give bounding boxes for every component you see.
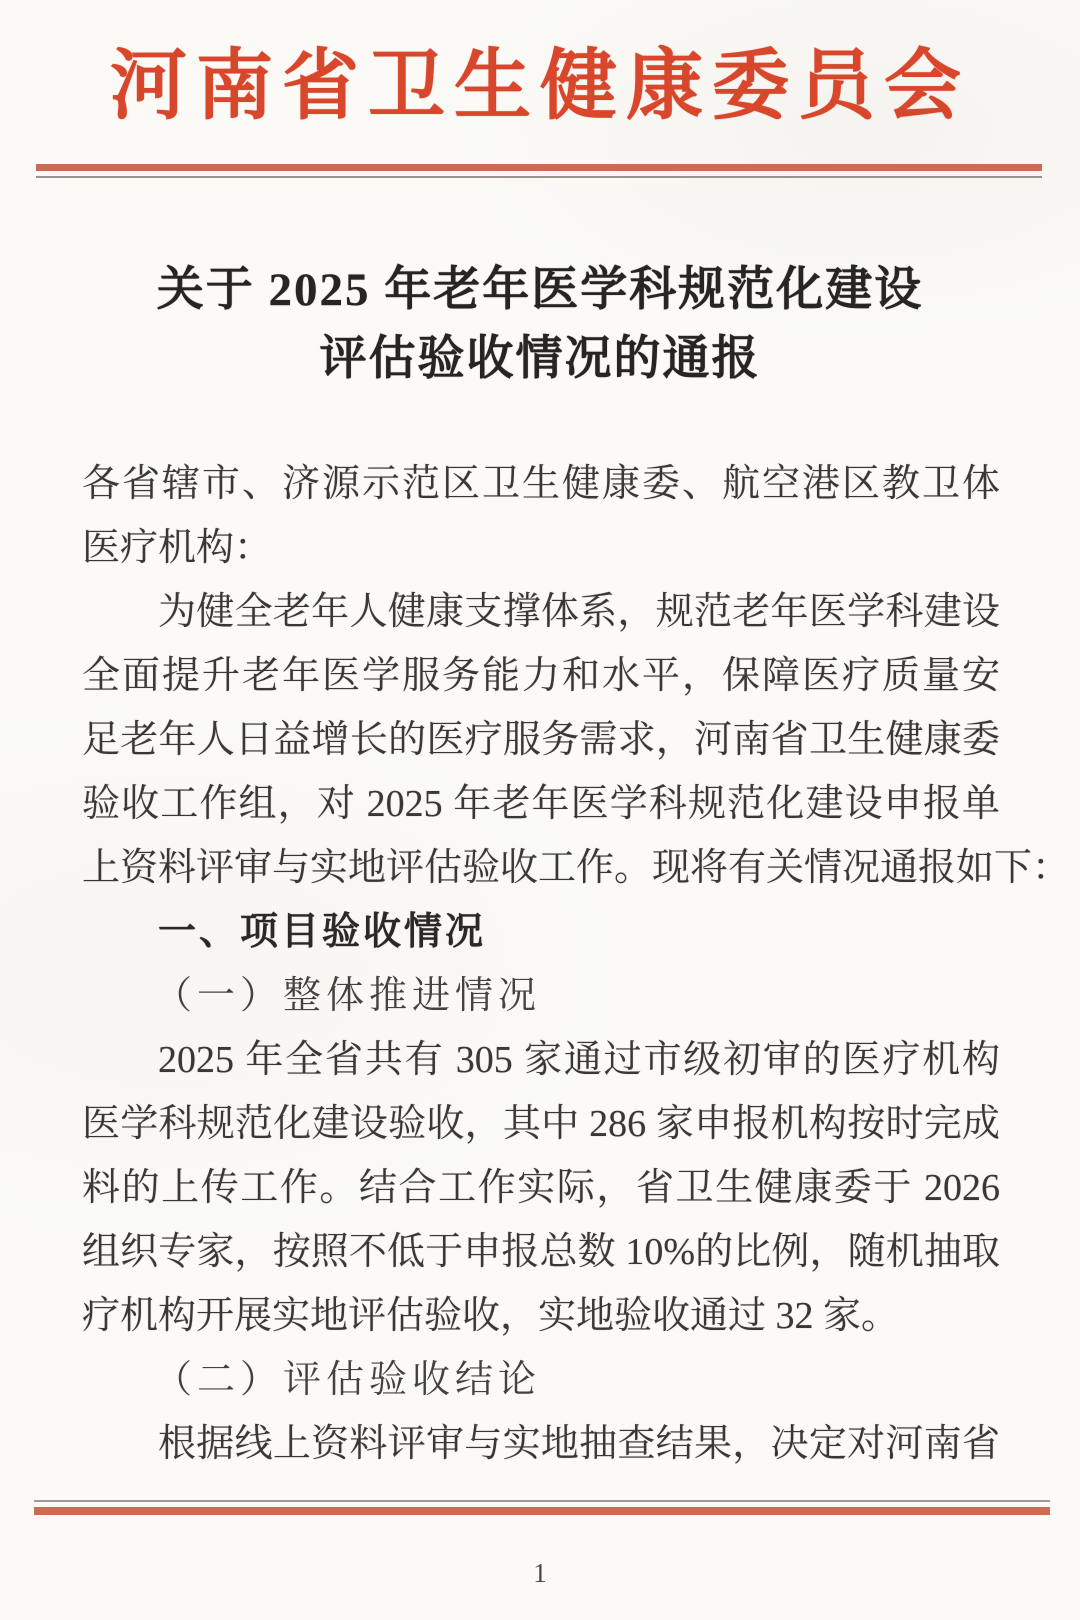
page-number: 1 (0, 1558, 1080, 1589)
letterhead-title: 河南省卫生健康委员会 (0, 36, 1080, 136)
letterhead-divider-gray-bar (36, 176, 1042, 178)
text-line: （二）评估验收结论 (82, 1348, 1000, 1412)
document-title-line1: 关于 2025 年老年医学科规范化建设 (0, 256, 1080, 325)
text-line: 根据线上资料评审与实地抽查结果，决定对河南省人民医院 (82, 1412, 1000, 1476)
document-title-line2: 评估验收情况的通报 (0, 325, 1080, 394)
text-line: 医疗机构： (82, 516, 1000, 580)
footer-divider-gray-bar (34, 1500, 1050, 1502)
letterhead-divider-red-bar (36, 164, 1042, 171)
document-title: 关于 2025 年老年医学科规范化建设 评估验收情况的通报 (0, 256, 1080, 394)
text-line: 医学科规范化建设验收，其中 286 家申报机构按时完成了线上资 (82, 1092, 1000, 1156)
text-line: 为健全老年人健康支撑体系，规范老年医学科建设与管理， (82, 580, 1000, 644)
footer-divider-red-bar (34, 1507, 1050, 1515)
text-line: 2025 年全省共有 305 家通过市级初审的医疗机构申报老年 (82, 1028, 1000, 1092)
text-line: 上资料评审与实地评估验收工作。现将有关情况通报如下： (82, 836, 1000, 900)
document-page: 河南省卫生健康委员会 关于 2025 年老年医学科规范化建设 评估验收情况的通报… (0, 0, 1080, 1620)
text-line: 足老年人日益增长的医疗服务需求，河南省卫生健康委组建专项 (82, 708, 1000, 772)
text-line: 组织专家，按照不低于申报总数 10%的比例，随机抽取 35 家医 (82, 1220, 1000, 1284)
letterhead-divider (36, 164, 1042, 178)
text-line: 各省辖市、济源示范区卫生健康委、航空港区教卫体局、各省直 (82, 452, 1000, 516)
footer-divider (34, 1500, 1050, 1515)
text-line: 料的上传工作。结合工作实际，省卫生健康委于 2026 年 1—2 月 (82, 1156, 1000, 1220)
text-line: 全面提升老年医学服务能力和水平，保障医疗质量安全，切实满 (82, 644, 1000, 708)
text-line: 验收工作组，对 2025 年老年医学科规范化建设申报单位开展线 (82, 772, 1000, 836)
text-line: （一）整体推进情况 (82, 964, 1000, 1028)
text-line: 疗机构开展实地评估验收，实地验收通过 32 家。 (82, 1284, 1000, 1348)
text-line: 一、项目验收情况 (82, 900, 1000, 964)
document-body: 各省辖市、济源示范区卫生健康委、航空港区教卫体局、各省直医疗机构：为健全老年人健… (82, 452, 1000, 1476)
